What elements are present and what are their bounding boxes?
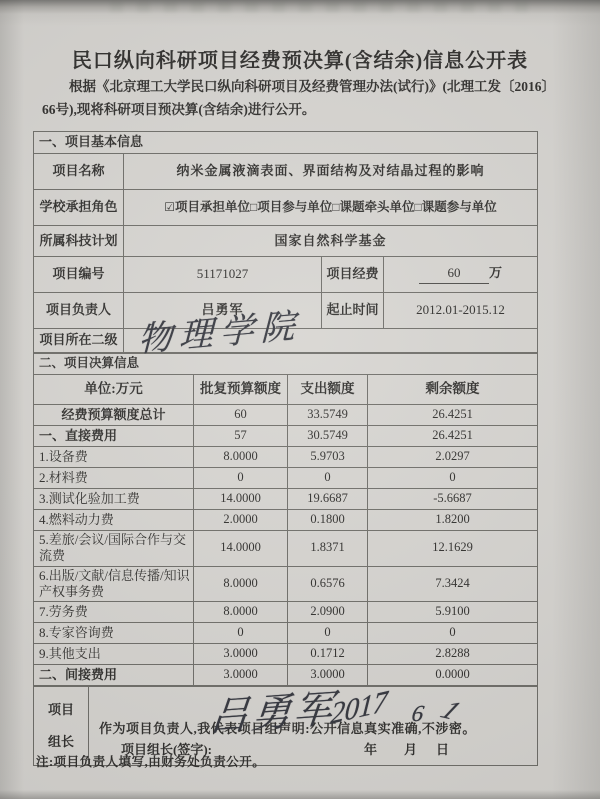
program-label: 所属科技计划 [34,226,124,257]
row-remaining: 1.8200 [368,510,538,531]
table-row: 二、间接费用 3.0000 3.0000 0.0000 [34,665,538,686]
row-budget: 60 [194,405,288,426]
role-option-label: 项目参与单位 [257,200,332,214]
role-option-label: 课题参与单位 [422,200,497,214]
table-row: 经费预算额度总计 60 33.5749 26.4251 [34,405,538,426]
row-label: 一、直接费用 [34,426,194,447]
project-name-value: 纳米金属液滴表面、界面结构及对结晶过程的影响 [124,154,538,190]
row-remaining: 26.4251 [368,426,538,447]
table-row: 项目负责人 吕勇军 起止时间 2012.01-2015.12 [34,293,538,329]
row-budget: 3.0000 [194,665,288,686]
row-remaining: 0 [368,623,538,644]
table-row: 5.差旅/会议/国际合作与交流费 14.0000 1.8371 12.1629 [34,531,538,567]
role-label: 学校承担角色 [34,190,124,226]
table-row: 项目编号 51171027 项目经费 60万 [34,257,538,293]
col-remaining: 剩余额度 [368,375,538,405]
basic-info-table: 一、项目基本信息 项目名称 纳米金属液滴表面、界面结构及对结晶过程的影响 学校承… [33,131,538,353]
row-budget: 0 [194,468,288,489]
row-budget: 2.0000 [194,510,288,531]
footer-note: 注:项目负责人填写,由财务处负责公开。 [36,752,265,770]
col-budget: 批复预算额度 [194,375,288,405]
table-row: 一、直接费用 57 30.5749 26.4251 [34,426,538,447]
project-no-value: 51171027 [124,257,322,293]
row-spent: 30.5749 [288,426,368,447]
row-remaining: 12.1629 [368,531,538,567]
row-budget: 0 [194,623,288,644]
row-label: 3.测试化验加工费 [34,489,194,510]
program-value: 国家自然科学基金 [124,226,538,257]
row-spent: 0.1800 [288,510,368,531]
period-value: 2012.01-2015.12 [384,293,538,329]
table-row: 学校承担角色 ☑项目承担单位□项目参与单位□课题牵头单位□课题参与单位 [34,190,538,226]
table-row: 项目所在二级 [34,329,538,353]
table-row: 9.其他支出 3.0000 0.1712 2.8288 [34,644,538,665]
row-spent: 3.0000 [288,665,368,686]
period-label: 起止时间 [322,293,384,329]
row-remaining: 0 [368,468,538,489]
role-option-label: 项目承担单位 [175,200,250,214]
row-label: 8.专家咨询费 [34,623,194,644]
row-spent: 2.0900 [288,602,368,623]
row-label: 4.燃料动力费 [34,510,194,531]
row-budget: 14.0000 [194,531,288,567]
row-budget: 8.0000 [194,447,288,468]
row-label: 二、间接费用 [34,665,194,686]
funds-unit: 万 [489,265,502,280]
table-row: 6.出版/文献/信息传播/知识产权事务费 8.0000 0.6576 7.342… [34,566,538,602]
row-spent: 19.6687 [288,489,368,510]
role-option-label: 课题牵头单位 [340,200,415,214]
dept-value-cell [124,329,538,353]
section2-title: 二、项目决算信息 [34,354,538,375]
signoff-role-line1: 项目 [34,702,88,718]
checkbox-unchecked-icon: □ [415,200,422,214]
row-spent: 0.6576 [288,566,368,602]
table-row: 1.设备费 8.0000 5.9703 2.0297 [34,447,538,468]
funds-label: 项目经费 [322,257,384,293]
column-header-row: 单位:万元 批复预算额度 支出额度 剩余额度 [34,375,538,405]
row-label: 6.出版/文献/信息传播/知识产权事务费 [34,566,194,602]
day-char: 日 [436,742,449,757]
declaration-text: 作为项目负责人,我代表项目组声明:公开信息真实准确,不涉密。 [89,714,537,737]
table-row: 4.燃料动力费 2.0000 0.1800 1.8200 [34,510,538,531]
row-label: 7.劳务费 [34,602,194,623]
col-unit: 单位:万元 [34,375,194,405]
section1-title: 一、项目基本信息 [34,132,538,154]
checkbox-checked-icon: ☑ [164,200,175,214]
row-spent: 0 [288,468,368,489]
table-row: 2.材料费 0 0 0 [34,468,538,489]
row-label: 经费预算额度总计 [34,405,194,426]
row-spent: 33.5749 [288,405,368,426]
col-spent: 支出额度 [288,375,368,405]
section1-header-row: 一、项目基本信息 [34,132,538,154]
project-no-label: 项目编号 [34,257,124,293]
settlement-table: 二、项目决算信息 单位:万元 批复预算额度 支出额度 剩余额度 经费预算额度总计… [33,353,538,686]
row-remaining: 5.9100 [368,602,538,623]
signoff-role-line2: 组长 [34,734,88,750]
row-label: 5.差旅/会议/国际合作与交流费 [34,531,194,567]
row-budget: 3.0000 [194,644,288,665]
row-remaining: 26.4251 [368,405,538,426]
funds-amount: 60 [419,265,489,283]
row-spent: 0.1712 [288,644,368,665]
table-row: 7.劳务费 8.0000 2.0900 5.9100 [34,602,538,623]
leader-label: 项目负责人 [34,293,124,329]
year-char: 年 [364,742,377,757]
row-remaining: 0.0000 [368,665,538,686]
bleed-through-text [110,2,540,12]
row-remaining: 2.0297 [368,447,538,468]
row-budget: 8.0000 [194,602,288,623]
row-spent: 0 [288,623,368,644]
row-label: 9.其他支出 [34,644,194,665]
form-tables: 一、项目基本信息 项目名称 纳米金属液滴表面、界面结构及对结晶过程的影响 学校承… [33,131,539,766]
section2-header-row: 二、项目决算信息 [34,354,538,375]
table-row: 8.专家咨询费 0 0 0 [34,623,538,644]
row-label: 2.材料费 [34,468,194,489]
checkbox-unchecked-icon: □ [332,200,339,214]
table-row: 3.测试化验加工费 14.0000 19.6687 -5.6687 [34,489,538,510]
row-remaining: -5.6687 [368,489,538,510]
row-remaining: 2.8288 [368,644,538,665]
row-label: 1.设备费 [34,447,194,468]
row-remaining: 7.3424 [368,566,538,602]
row-budget: 14.0000 [194,489,288,510]
page-title: 民口纵向科研项目经费预决算(含结余)信息公开表 [0,44,600,73]
dept-label: 项目所在二级 [34,329,124,353]
funds-value-cell: 60万 [384,257,538,293]
intro-paragraph: 根据《北京理工大学民口纵向科研项目及经费管理办法(试行)》(北理工发〔2016〕… [42,76,560,121]
table-row: 所属科技计划 国家自然科学基金 [34,226,538,257]
project-name-label: 项目名称 [34,154,124,190]
row-budget: 57 [194,426,288,447]
row-spent: 1.8371 [288,531,368,567]
row-budget: 8.0000 [194,566,288,602]
table-row: 项目名称 纳米金属液滴表面、界面结构及对结晶过程的影响 [34,154,538,190]
role-options: ☑项目承担单位□项目参与单位□课题牵头单位□课题参与单位 [124,190,538,226]
month-char: 月 [404,742,417,757]
row-spent: 5.9703 [288,447,368,468]
leader-value: 吕勇军 [124,293,322,329]
